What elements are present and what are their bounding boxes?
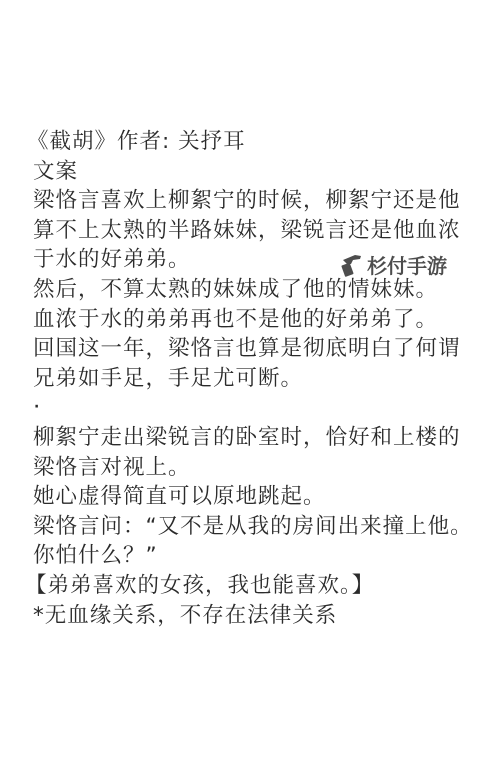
text-line: 然后，不算太熟的妹妹成了他的情妹妹。 <box>33 275 473 305</box>
separator-dot: · <box>33 393 473 423</box>
text-line: 你怕什么？” <box>33 541 473 571</box>
hand-card-icon <box>341 252 363 278</box>
text-line: 兄弟如手足，手足尤可断。 <box>33 364 473 394</box>
text-line: 柳絮宁走出梁锐言的卧室时，恰好和上楼的 <box>33 423 473 453</box>
section-label: 文案 <box>33 157 473 187</box>
watermark-text: 杉付手游 <box>367 250 447 279</box>
text-line: 她心虚得简直可以原地跳起。 <box>33 482 473 512</box>
text-line: 血浓于水的弟弟再也不是他的好弟弟了。 <box>33 305 473 335</box>
text-line: 梁恪言对视上。 <box>33 453 473 483</box>
text-line: 回国这一年，梁恪言也算是彻底明白了何谓 <box>33 334 473 364</box>
text-line: 算不上太熟的半路妹妹，梁锐言还是他血浓 <box>33 216 473 246</box>
watermark: 杉付手游 <box>341 250 447 279</box>
text-line: 梁恪言喜欢上柳絮宁的时候，柳絮宁还是他 <box>33 186 473 216</box>
disclaimer-line: *无血缘关系，不存在法律关系 <box>33 601 473 631</box>
tagline: 【弟弟喜欢的女孩，我也能喜欢。】 <box>25 571 473 601</box>
text-line: 梁恪言问：“又不是从我的房间出来撞上他。 <box>33 512 473 542</box>
synopsis-document: 《截胡》作者: 关抒耳 文案 梁恪言喜欢上柳絮宁的时候，柳絮宁还是他 算不上太熟… <box>33 127 473 630</box>
book-title: 《截胡》作者: 关抒耳 <box>27 127 473 157</box>
